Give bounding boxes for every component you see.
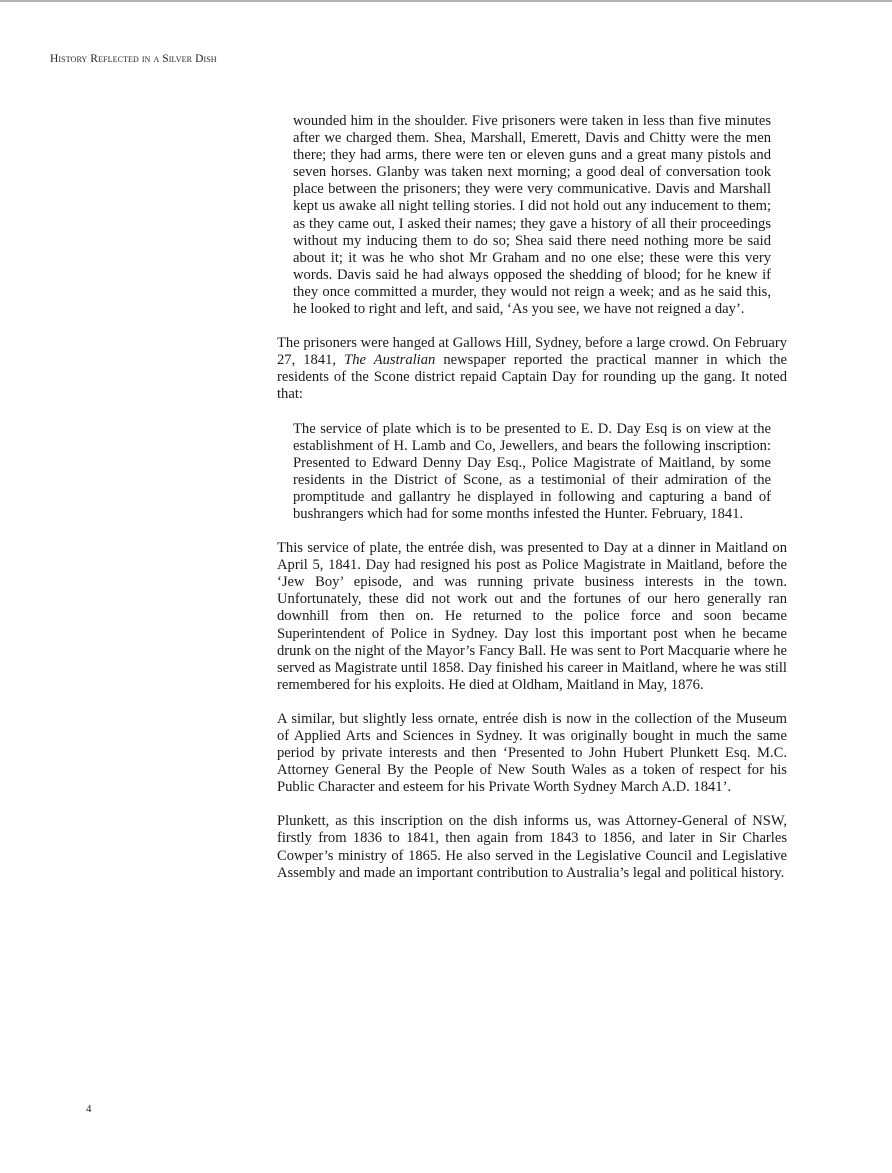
page-number: 4 [86, 1103, 92, 1115]
block-quote-inscription: The service of plate which is to be pres… [293, 421, 771, 524]
newspaper-title: The Australian [344, 352, 435, 368]
block-quote-testimony: wounded him in the shoulder. Five prison… [293, 113, 771, 318]
paragraph-similar-dish: A similar, but slightly less ornate, ent… [277, 711, 787, 796]
paragraph-plunkett: Plunkett, as this inscription on the dis… [277, 813, 787, 881]
paragraph-spacer [277, 694, 787, 711]
paragraph-spacer [277, 318, 787, 335]
top-border-rule [0, 0, 892, 2]
paragraph-hanging-report: The prisoners were hanged at Gallows Hil… [277, 335, 787, 403]
paragraph-entree-dish-presentation: This service of plate, the entrée dish, … [277, 540, 787, 694]
paragraph-spacer [277, 523, 787, 540]
paragraph-spacer [277, 404, 787, 421]
running-header: History Reflected in a Silver Dish [50, 53, 217, 65]
paragraph-spacer [277, 796, 787, 813]
body-text-column: wounded him in the shoulder. Five prison… [277, 113, 787, 882]
